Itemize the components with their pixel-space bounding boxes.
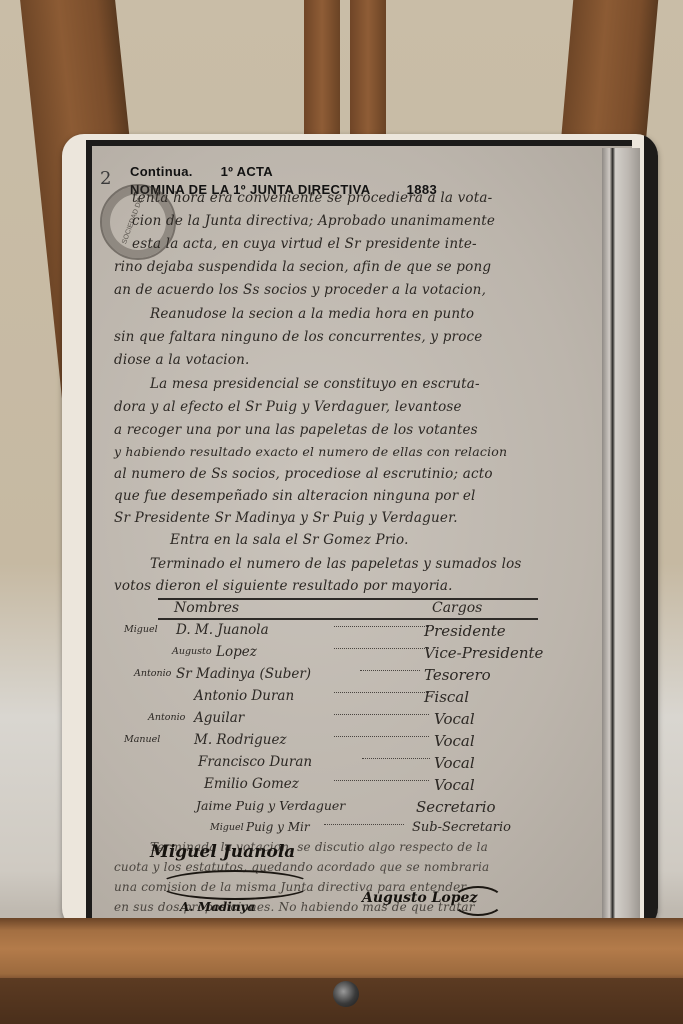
member-position: Secretario: [416, 798, 496, 816]
member-name: Emilio Gomez: [204, 776, 299, 792]
member-position: Presidente: [424, 622, 506, 640]
easel-knob-icon: [333, 981, 359, 1007]
dot-leader: [334, 736, 429, 737]
signature-madinya: A. Madinya: [180, 900, 255, 914]
member-name: Francisco Duran: [198, 754, 312, 770]
document-page: 2 Continua.1º ACTA NOMINA DE LA 1º JUNTA…: [86, 140, 632, 930]
text-line: rino dejaba suspendida la secion, afin d…: [114, 259, 491, 275]
easel-ledge: [0, 918, 683, 980]
dot-leader: [334, 626, 429, 627]
member-position: Vocal: [434, 710, 475, 728]
dot-leader: [360, 670, 420, 671]
text-line: Reanudose la secion a la media hora en p…: [150, 306, 474, 322]
text-line: tenta hora era conveniente se procediera…: [132, 190, 492, 206]
text-line: y habiendo resultado exacto el numero de…: [114, 444, 507, 459]
text-line: votos dieron el siguiente resultado por …: [114, 578, 453, 594]
member-position: Vice-Presidente: [424, 644, 543, 662]
dot-leader: [334, 780, 429, 781]
dot-leader: [334, 648, 429, 649]
table-row: Miguel Puig y Mir Sub-Secretario: [124, 820, 544, 842]
text-line: Terminado el numero de las papeletas y s…: [150, 556, 522, 572]
member-position: Vocal: [434, 776, 475, 794]
document-spine: [602, 148, 640, 926]
member-name: M. Rodriguez: [194, 732, 287, 748]
member-name: Aguilar: [194, 710, 244, 726]
text-line: cuota y los estatutos, quedando acordado…: [114, 860, 489, 874]
member-position: Vocal: [434, 754, 475, 772]
member-name: Lopez: [216, 644, 257, 660]
column-header-names: Nombres: [174, 600, 239, 616]
member-name: Puig y Mir: [246, 820, 310, 834]
text-line: diose a la votacion.: [114, 352, 250, 368]
dot-leader: [334, 692, 429, 693]
page-number: 2: [100, 168, 111, 189]
text-line: sin que faltara ninguno de los concurren…: [114, 329, 482, 345]
table-row: Emilio Gomez Vocal: [124, 776, 544, 798]
given-name: Antonio: [134, 668, 171, 679]
dot-leader: [334, 714, 429, 715]
text-line: an de acuerdo los Ss socios y proceder a…: [114, 282, 486, 298]
signature-miguel-juanola: Miguel Juanola: [150, 842, 295, 862]
column-header-positions: Cargos: [432, 600, 482, 616]
table-row: Miguel D. M. Juanola Presidente: [124, 622, 544, 644]
header-line-1: Continua.1º ACTA: [130, 164, 273, 179]
text-line: dora y al efecto el Sr Puig y Verdaguer,…: [114, 399, 462, 415]
text-line: cion de la Junta directiva; Aprobado una…: [132, 213, 495, 229]
text-line: al numero de Ss socios, procediose al es…: [114, 466, 493, 482]
member-position: Sub-Secretario: [412, 820, 511, 835]
given-name: Augusto: [172, 646, 212, 657]
text-line: a recoger una por una las papeletas de l…: [114, 422, 478, 438]
table-row: Manuel M. Rodriguez Vocal: [124, 732, 544, 754]
dot-leader: [362, 758, 430, 759]
member-name: Antonio Duran: [194, 688, 294, 704]
header-acta: 1º ACTA: [221, 164, 273, 179]
signature-flourish-icon: [158, 870, 312, 900]
text-line: esta la acta, en cuya virtud el Sr presi…: [132, 236, 477, 252]
table-row: Francisco Duran Vocal: [124, 754, 544, 776]
dot-leader: [324, 824, 404, 825]
member-name: D. M. Juanola: [176, 622, 269, 638]
table-header-rule: [158, 618, 538, 620]
member-name: Sr Madinya (Suber): [176, 666, 311, 682]
easel-mast-left: [304, 0, 340, 145]
table-row: Jaime Puig y Verdaguer Secretario: [124, 798, 544, 820]
table-row: Antonio Duran Fiscal: [124, 688, 544, 710]
signature-flourish-icon: [452, 886, 504, 916]
text-line: que fue desempeñado sin alteracion ningu…: [114, 488, 476, 504]
given-name: Miguel: [124, 624, 158, 635]
member-position: Tesorero: [424, 666, 491, 684]
text-line: La mesa presidencial se constituyo en es…: [150, 376, 480, 392]
text-line: Entra en la sala el Sr Gomez Prio.: [170, 532, 409, 548]
easel-mast-right: [350, 0, 386, 145]
document-board: 2 Continua.1º ACTA NOMINA DE LA 1º JUNTA…: [62, 134, 658, 930]
header-continua: Continua.: [130, 164, 193, 179]
given-name: Manuel: [124, 734, 160, 745]
member-name: Jaime Puig y Verdaguer: [196, 798, 345, 813]
member-position: Vocal: [434, 732, 475, 750]
board-edge: [644, 134, 658, 930]
table-row: Augusto Lopez Vice-Presidente: [124, 644, 544, 666]
given-name: Antonio: [148, 712, 185, 723]
member-position: Fiscal: [424, 688, 469, 706]
text-line: Sr Presidente Sr Madinya y Sr Puig y Ver…: [114, 510, 458, 526]
given-name: Miguel: [210, 822, 244, 833]
table-row: Antonio Aguilar Vocal: [124, 710, 544, 732]
table-row: Antonio Sr Madinya (Suber) Tesorero: [124, 666, 544, 688]
